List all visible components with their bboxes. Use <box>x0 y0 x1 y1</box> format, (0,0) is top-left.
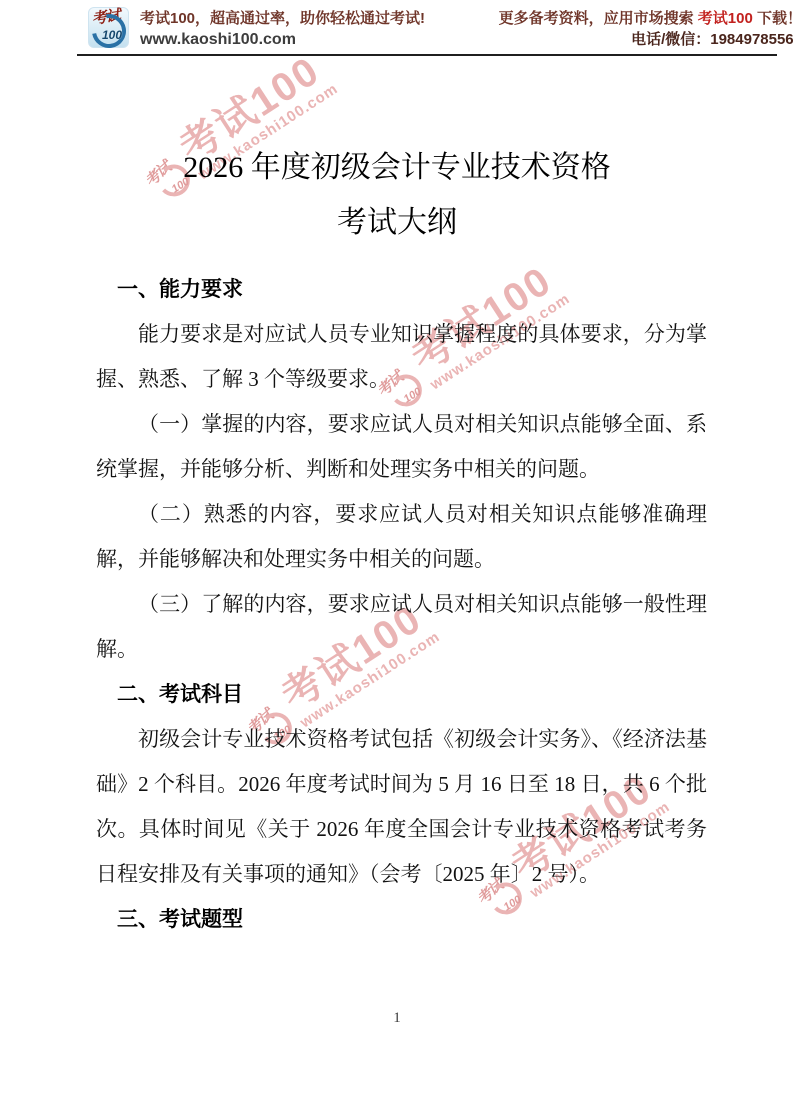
promo-brand-text: 考试100 <box>698 10 753 27</box>
header-promo: 更多备考资料，应用市场搜索 考试100 下载！ <box>499 9 794 29</box>
paragraph: （二）熟悉的内容，要求应试人员对相关知识点能够准确理解，并能够解决和处理实务中相… <box>96 492 707 582</box>
document-body: 一、能力要求能力要求是对应试人员专业知识掌握程度的具体要求，分为掌握、熟悉、了解… <box>96 267 707 942</box>
header-website: www.kaoshi100.com <box>140 29 425 51</box>
document-page: 考试 100 考试100 www.kaoshi100.com 考试 100 考试… <box>0 0 794 1098</box>
paragraph: （三）了解的内容，要求应试人员对相关知识点能够一般性理解。 <box>96 582 707 672</box>
promo-suffix-text: 下载！ <box>753 10 794 27</box>
kaoshi100-logo: 考试 100 <box>88 7 129 48</box>
document-title: 2026 年度初级会计专业技术资格 考试大纲 <box>0 140 794 250</box>
paragraph: 能力要求是对应试人员专业知识掌握程度的具体要求，分为掌握、熟悉、了解 3 个等级… <box>96 312 707 402</box>
header-left-block: 考试100，超高通过率，助你轻松通过考试! www.kaoshi100.com <box>140 9 425 51</box>
header-divider <box>77 54 777 56</box>
header-contact: 电话/微信：19849785561 <box>499 29 794 51</box>
section-heading: 一、能力要求 <box>96 267 707 312</box>
header-slogan: 考试100，超高通过率，助你轻松通过考试! <box>140 9 425 29</box>
title-line-2: 考试大纲 <box>0 195 794 250</box>
section-heading: 三、考试题型 <box>96 897 707 942</box>
page-number: 1 <box>0 1010 794 1027</box>
paragraph: 初级会计专业技术资格考试包括《初级会计实务》、《经济法基础》2 个科目。2026… <box>96 717 707 897</box>
logo-number: 100 <box>102 29 122 41</box>
header-right-block: 更多备考资料，应用市场搜索 考试100 下载！ 电话/微信：1984978556… <box>499 9 794 51</box>
page-header: 考试 100 考试100，超高通过率，助你轻松通过考试! www.kaoshi1… <box>0 0 794 56</box>
promo-prefix-text: 更多备考资料，应用市场搜索 <box>499 10 698 27</box>
section-heading: 二、考试科目 <box>96 672 707 717</box>
title-line-1: 2026 年度初级会计专业技术资格 <box>0 140 794 195</box>
paragraph: （一）掌握的内容，要求应试人员对相关知识点能够全面、系统掌握，并能够分析、判断和… <box>96 402 707 492</box>
